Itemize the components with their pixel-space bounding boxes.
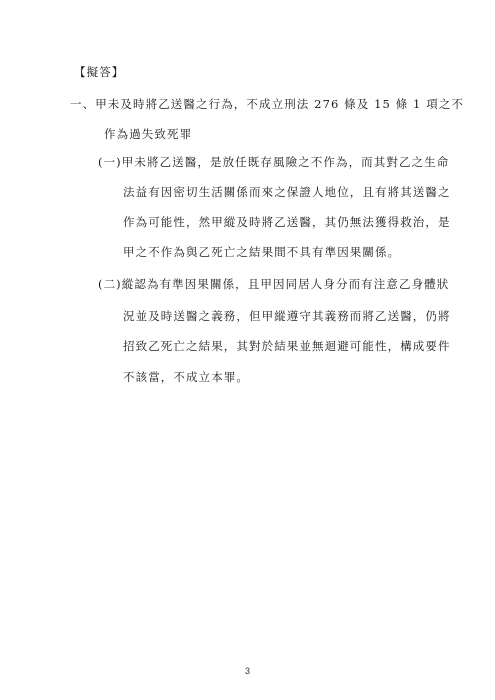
item-2-line-3: 招致乙死亡之結果，其對於結果並無迴避可能性，構成要件 [123, 339, 451, 353]
section-1-title-line-2: 作為過失致死罪 [104, 127, 192, 141]
page-number: 3 [0, 666, 495, 676]
item-1-line-2: 法益有因密切生活關係而來之保證人地位，且有將其送醫之 [123, 185, 451, 199]
item-2-line-4: 不該當，不成立本罪。 [123, 370, 249, 384]
item-2-line-2: 況並及時送醫之義務，但甲縱遵守其義務而將乙送醫，仍將 [123, 309, 451, 323]
item-2-line-1: (二)縱認為有準因果關係，且甲因同居人身分而有注意乙身體狀 [98, 277, 449, 291]
item-1-line-3: 作為可能性，然甲縱及時將乙送醫，其仍無法獲得救治，是 [123, 215, 451, 229]
item-1-line-1: (一)甲未將乙送醫，是放任既存風險之不作為，而其對乙之生命 [98, 155, 449, 169]
item-1-line-4: 甲之不作為與乙死亡之結果間不具有準因果關係。 [123, 245, 400, 259]
section-1-title-line-1: 一、甲未及時將乙送醫之行為，不成立刑法 276 條及 15 條 1 項之不 [70, 97, 464, 111]
answer-heading: 【擬答】 [74, 65, 124, 79]
